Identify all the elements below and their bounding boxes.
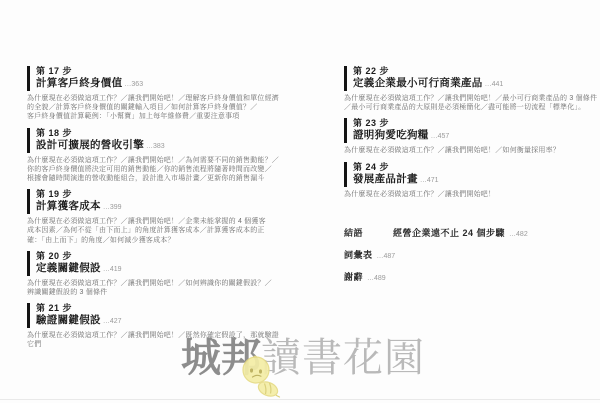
entry-page-ref: …383 <box>146 143 165 150</box>
back-matter-label: 謝辭 <box>344 270 363 283</box>
entry-description: 為什麼現在必須做這項工作？／讓我們開始吧！／如何辨識你的關鍵假設？／ 辨識關鍵假… <box>27 279 315 297</box>
entry-description: 為什麼現在必須做這項工作？／讓我們開始吧！ <box>344 190 576 199</box>
desc-line: 為什麼現在必須做這項工作？／讓我們開始吧！／企業未能掌握的 4 個獲客 <box>27 217 315 226</box>
entry-page-ref: …363 <box>124 81 143 88</box>
entry-heading: 第 22 步 定義企業最小可行商業產品…441 <box>344 66 576 91</box>
entry-title-text: 驗證關鍵假設 <box>36 314 101 326</box>
toc-entry-step-18: 第 18 步 設計可擴展的營收引擎…383 為什麼現在必須做這項工作？／讓我們開… <box>27 128 315 184</box>
entry-title: 定義企業最小可行商業產品…441 <box>353 77 576 91</box>
entry-heading: 第 17 步 計算客戶終身價值…363 <box>27 66 315 91</box>
entry-description: 為什麼現在必須做這項工作？／讓我們開始吧！／理解客戶終身價值和單位經濟 的全貌／… <box>27 94 315 122</box>
desc-line: 為什麼現在必須做這項工作？／讓我們開始吧！ <box>344 190 576 199</box>
desc-line: 的全貌／計算客戶終身價值的關鍵輸入項目／如何計算客戶終身價值？／ <box>27 103 315 112</box>
watermark-brand-light: 讀書花園 <box>261 336 425 380</box>
entry-page-ref: …419 <box>103 266 122 273</box>
desc-line: 成本因素／為何不從「由下而上」的角度計算獲客成本／計算獲客成本的正 <box>27 226 315 235</box>
step-number: 第 20 步 <box>36 251 315 262</box>
entry-page-ref: …427 <box>103 318 122 325</box>
entry-heading: 第 23 步 證明狗愛吃狗糧…457 <box>344 118 576 143</box>
entry-description: 為什麼現在必須做這項工作？／讓我們開始吧！／企業未能掌握的 4 個獲客 成本因素… <box>27 217 315 245</box>
desc-line: 確：「由上而下」的角度／如何減少獲客成本？ <box>27 236 315 245</box>
entry-heading: 第 18 步 設計可擴展的營收引擎…383 <box>27 128 315 153</box>
desc-line: 為什麼現在必須做這項工作？／讓我們開始吧！／理解客戶終身價值和單位經濟 <box>27 94 315 103</box>
entry-title: 證明狗愛吃狗糧…457 <box>353 129 576 143</box>
entry-description: 為什麼現在必須做這項工作？／讓我們開始吧！／最小可行商業產品的 3 個條件 ／最… <box>344 94 576 112</box>
entry-title-text: 計算客戶終身價值 <box>36 77 122 89</box>
step-number: 第 17 步 <box>36 66 315 77</box>
back-matter-row-acknowledgements: 謝辭 …489 <box>344 270 528 283</box>
entry-title-text: 計算獲客成本 <box>36 200 101 212</box>
entry-heading: 第 24 步 發展產品計畫…471 <box>344 162 576 187</box>
entry-title: 計算獲客成本…399 <box>36 200 315 214</box>
desc-line: 客戶終身價值計算範例：「小幫寶」加上每年維修費／重要注意事項 <box>27 112 315 121</box>
entry-description: 為什麼現在必須做這項工作？／讓我們開始吧！／為何需要不同的銷售動能？／ 你的客戶… <box>27 156 315 184</box>
step-number: 第 23 步 <box>353 118 576 129</box>
back-matter-title: 經營企業遠不止 24 個步驟 <box>393 226 505 239</box>
back-matter-page-ref: …482 <box>509 231 528 238</box>
entry-heading: 第 20 步 定義關鍵假設…419 <box>27 251 315 276</box>
toc-left-column: 第 17 步 計算客戶終身價值…363 為什麼現在必須做這項工作？／讓我們開始吧… <box>27 66 315 356</box>
entry-page-ref: …457 <box>431 133 450 140</box>
desc-line: 為什麼現在必須做這項工作？／讓我們開始吧！／如何辨識你的關鍵假設？／ <box>27 279 315 288</box>
step-number: 第 18 步 <box>36 128 315 139</box>
book-toc-page: 第 17 步 計算客戶終身價值…363 為什麼現在必須做這項工作？／讓我們開始吧… <box>0 0 600 403</box>
toc-entry-step-22: 第 22 步 定義企業最小可行商業產品…441 為什麼現在必須做這項工作？／讓我… <box>344 66 576 112</box>
bee-mascot-icon <box>239 355 281 399</box>
desc-line: ／最小可行商業產品的大原則是必須極簡化／盡可能將一切流程「標準化」。 <box>344 103 576 112</box>
toc-entry-step-17: 第 17 步 計算客戶終身價值…363 為什麼現在必須做這項工作？／讓我們開始吧… <box>27 66 315 122</box>
entry-title-text: 定義企業最小可行商業產品 <box>353 77 483 89</box>
step-number: 第 22 步 <box>353 66 576 77</box>
entry-page-ref: …471 <box>420 177 439 184</box>
desc-line: 為什麼現在必須做這項工作？／讓我們開始吧！／最小可行商業產品的 3 個條件 <box>344 94 576 103</box>
entry-description: 為什麼現在必須做這項工作？／讓我們開始吧！／如何衡量採用率？ <box>344 146 576 155</box>
entry-heading: 第 21 步 驗證關鍵假設…427 <box>27 303 315 328</box>
entry-title: 驗證關鍵假設…427 <box>36 314 315 328</box>
back-matter-page-ref: …487 <box>377 253 396 260</box>
toc-entry-step-24: 第 24 步 發展產品計畫…471 為什麼現在必須做這項工作？／讓我們開始吧！ <box>344 162 576 199</box>
entry-title-text: 證明狗愛吃狗糧 <box>353 129 429 141</box>
desc-line: 辨識關鍵假設的 3 個條件 <box>27 288 315 297</box>
entry-title-text: 定義關鍵假設 <box>36 262 101 274</box>
entry-title: 計算客戶終身價值…363 <box>36 77 315 91</box>
step-number: 第 19 步 <box>36 189 315 200</box>
back-matter-row-conclusion: 結語 經營企業遠不止 24 個步驟 …482 <box>344 226 528 239</box>
desc-line: 你的客戶終身價值將決定可用的銷售動能／你的銷售流程將隨著時間而改變／ <box>27 165 315 174</box>
entry-title-text: 設計可擴展的營收引擎 <box>36 139 144 151</box>
toc-entry-step-19: 第 19 步 計算獲客成本…399 為什麼現在必須做這項工作？／讓我們開始吧！／… <box>27 189 315 245</box>
step-number: 第 24 步 <box>353 162 576 173</box>
back-matter-section: 結語 經營企業遠不止 24 個步驟 …482 詞彙表 …487 謝辭 …489 <box>344 226 528 292</box>
toc-right-column: 第 22 步 定義企業最小可行商業產品…441 為什麼現在必須做這項工作？／讓我… <box>344 66 576 205</box>
entry-page-ref: …441 <box>485 81 504 88</box>
entry-title: 設計可擴展的營收引擎…383 <box>36 139 315 153</box>
desc-line: 為什麼現在必須做這項工作？／讓我們開始吧！／為何需要不同的銷售動能？／ <box>27 156 315 165</box>
back-matter-label: 結語 <box>344 226 363 239</box>
desc-line: 根據會隨時間演進的營收動能組合，設計進入市場計畫／更新你的銷售漏斗 <box>27 174 315 183</box>
entry-title: 發展產品計畫…471 <box>353 173 576 187</box>
back-matter-label: 詞彙表 <box>344 248 373 261</box>
toc-entry-step-20: 第 20 步 定義關鍵假設…419 為什麼現在必須做這項工作？／讓我們開始吧！／… <box>27 251 315 297</box>
page-edge-line <box>0 399 600 400</box>
entry-title-text: 發展產品計畫 <box>353 173 418 185</box>
back-matter-row-glossary: 詞彙表 …487 <box>344 248 528 261</box>
toc-entry-step-23: 第 23 步 證明狗愛吃狗糧…457 為什麼現在必須做這項工作？／讓我們開始吧！… <box>344 118 576 155</box>
step-number: 第 21 步 <box>36 303 315 314</box>
desc-line: 為什麼現在必須做這項工作？／讓我們開始吧！／如何衡量採用率？ <box>344 146 576 155</box>
entry-heading: 第 19 步 計算獲客成本…399 <box>27 189 315 214</box>
entry-page-ref: …399 <box>103 204 122 211</box>
entry-title: 定義關鍵假設…419 <box>36 262 315 276</box>
watermark: 城邦讀書花園 <box>181 334 425 382</box>
back-matter-page-ref: …489 <box>367 275 386 282</box>
